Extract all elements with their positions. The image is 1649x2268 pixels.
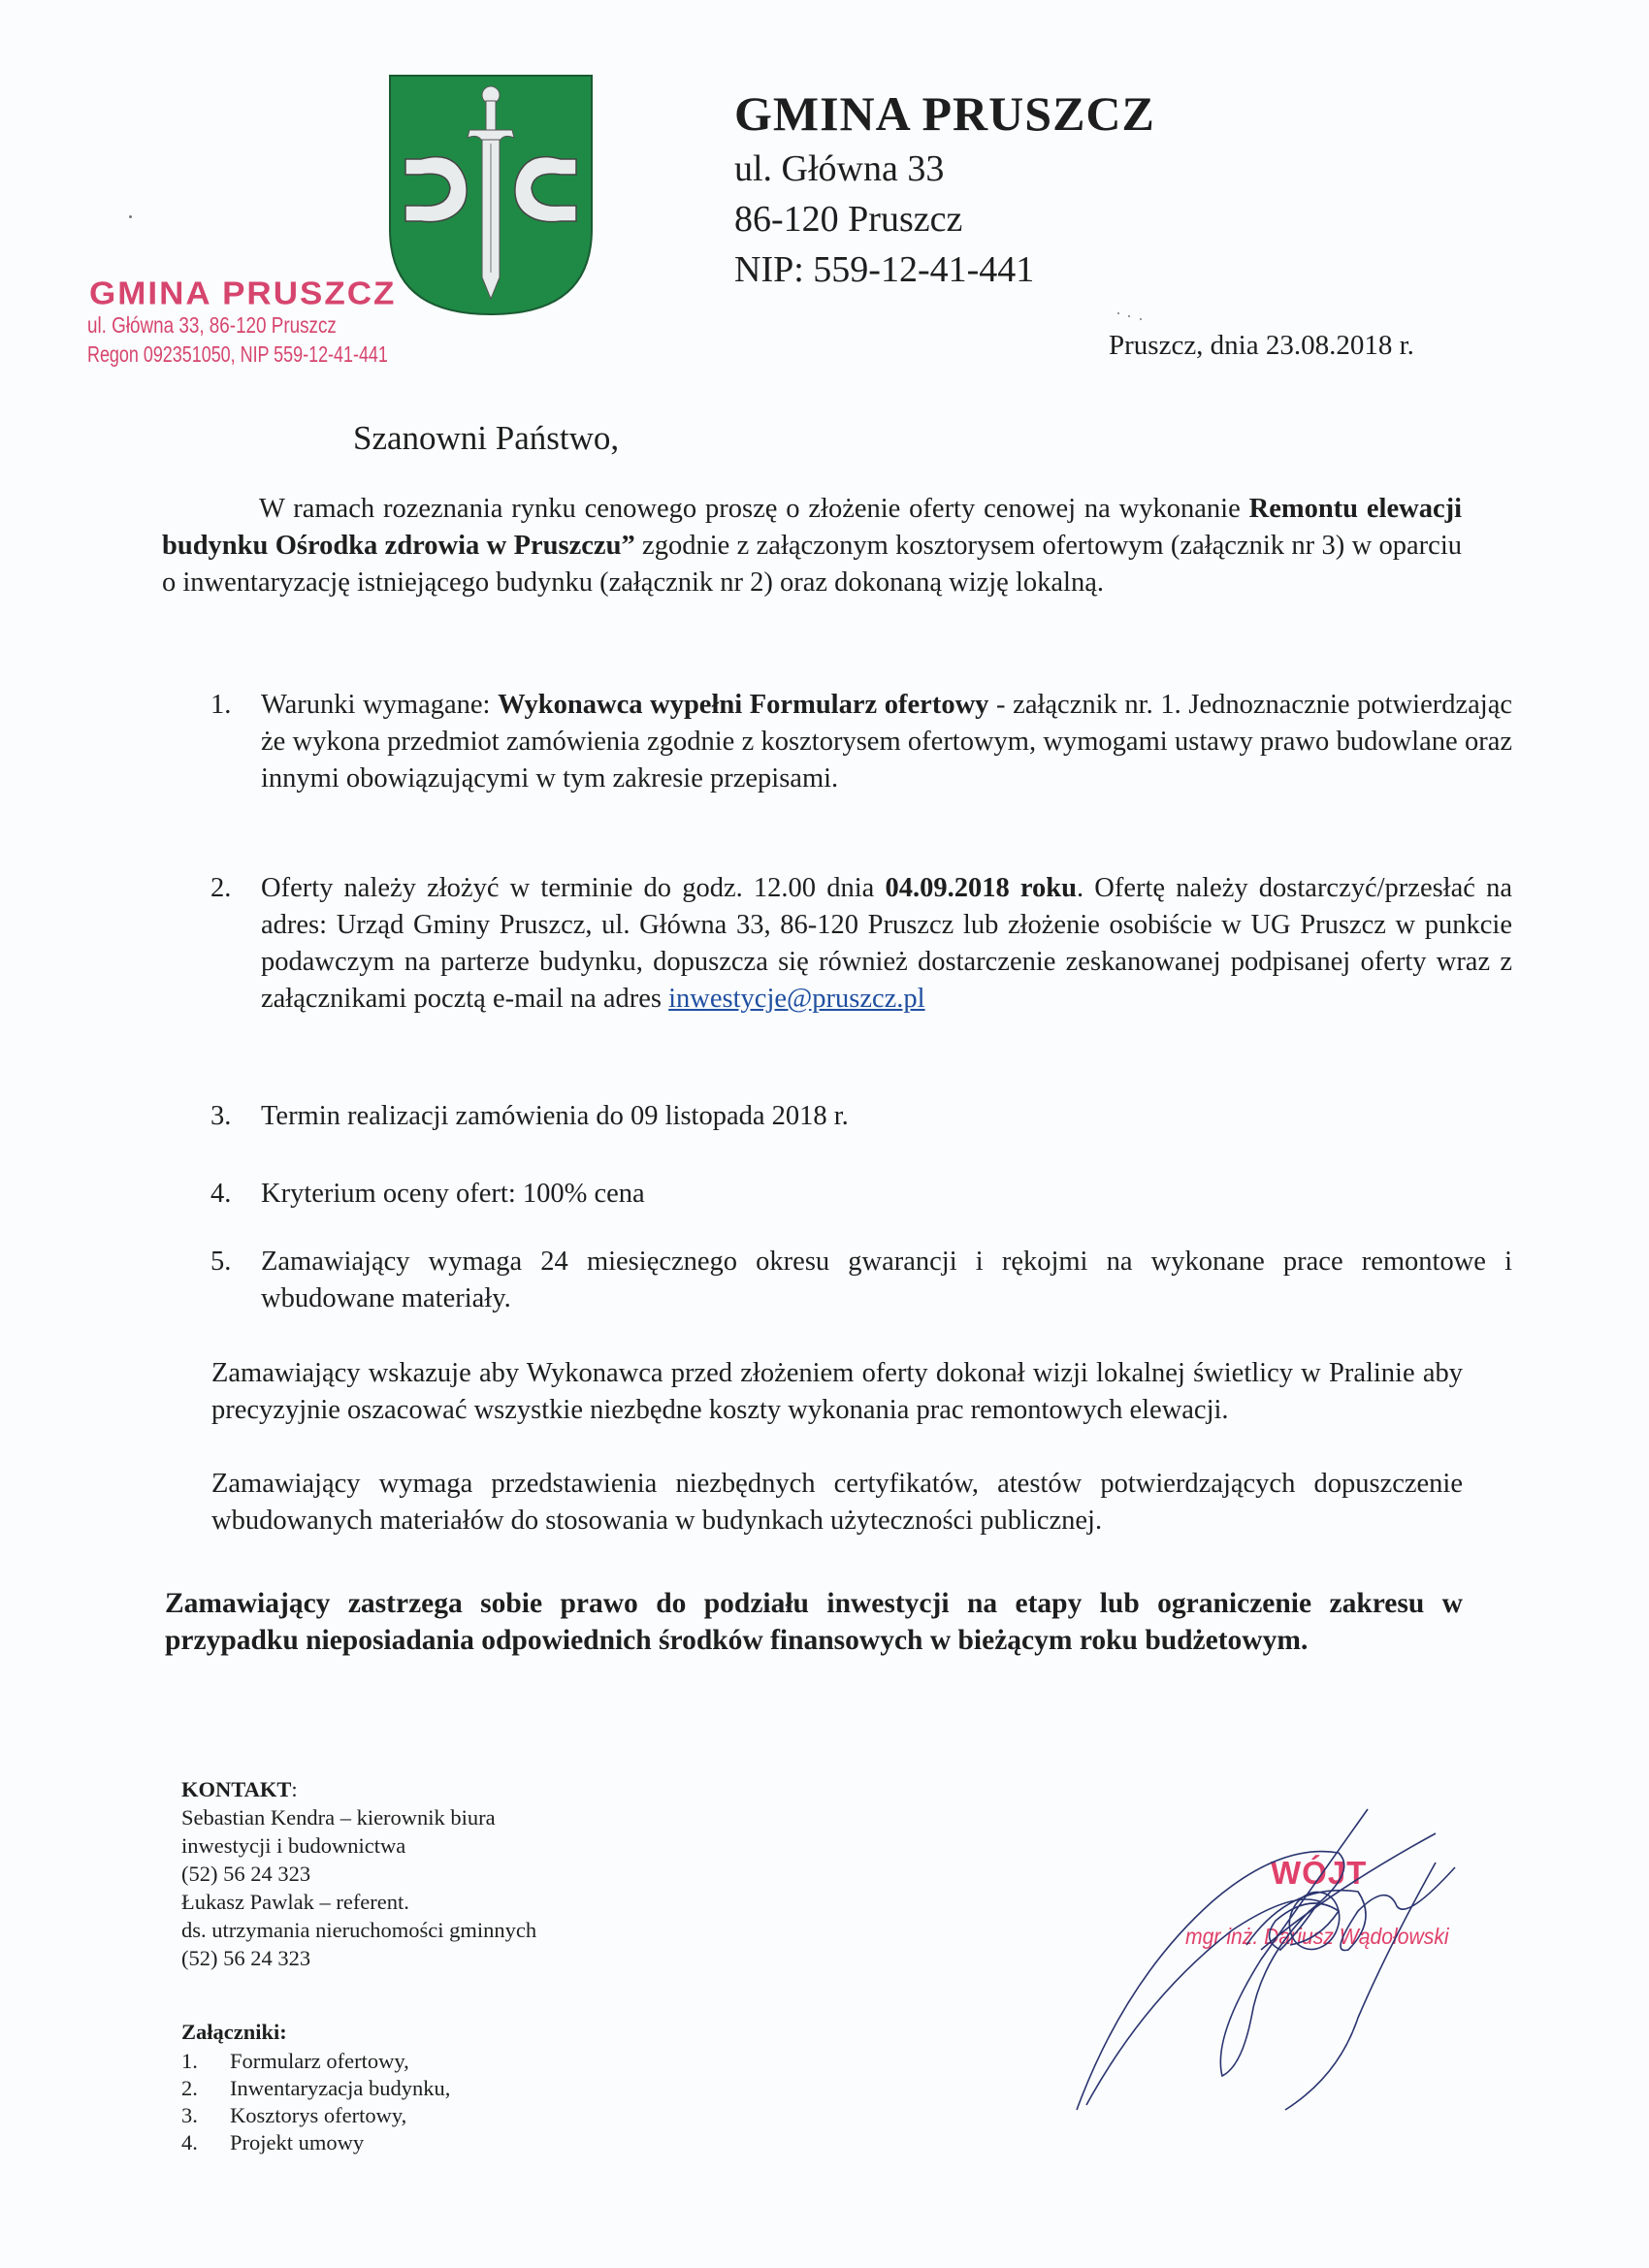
attachment-item: 2.Inwentaryzacja budynku,	[181, 2075, 450, 2102]
coat-of-arms-icon	[388, 74, 594, 316]
salutation: Szanowni Państwo,	[353, 419, 619, 458]
letterhead-city: 86-120 Pruszcz	[734, 198, 962, 241]
intro-quote: ”	[621, 531, 634, 561]
item-number: 5.	[210, 1244, 231, 1280]
item-body: Warunki wymagane: Wykonawca wypełni Form…	[261, 687, 1512, 797]
attachment-label: Formularz ofertowy,	[230, 2048, 409, 2075]
attachment-number: 4.	[181, 2129, 230, 2156]
contact-phone: (52) 56 24 323	[181, 1944, 536, 1972]
email-link[interactable]: inwestycje@pruszcz.pl	[668, 984, 924, 1014]
letterhead-title: GMINA PRUSZCZ	[734, 85, 1155, 142]
attachment-number: 3.	[181, 2102, 230, 2129]
contact-phone: (52) 56 24 323	[181, 1860, 536, 1888]
item-text: Oferty należy złożyć w terminie do godz.…	[261, 873, 885, 903]
item-body: Termin realizacji zamówienia do 09 listo…	[261, 1098, 1512, 1135]
attachment-label: Projekt umowy	[230, 2129, 364, 2156]
attachments-heading: Załączniki:	[181, 2020, 287, 2045]
intro-text: W ramach rozeznania rynku cenowego prosz…	[259, 494, 1249, 524]
item-body: Zamawiający wymaga 24 miesięcznego okres…	[261, 1244, 1512, 1317]
note-paragraph: Zamawiający wskazuje aby Wykonawca przed…	[211, 1355, 1463, 1429]
item-deadline: 04.09.2018 roku	[885, 873, 1077, 903]
contact-line: Sebastian Kendra – kierownik biura	[181, 1803, 536, 1831]
attachment-label: Kosztorys ofertowy,	[230, 2102, 406, 2129]
letterhead-street: ul. Główna 33	[734, 147, 944, 190]
item-bold: Wykonawca wypełni Formularz ofertowy	[498, 690, 988, 720]
contact-line: ds. utrzymania nieruchomości gminnych	[181, 1916, 536, 1944]
intro-paragraph: W ramach rozeznania rynku cenowego prosz…	[162, 491, 1462, 601]
contact-block: Sebastian Kendra – kierownik biura inwes…	[181, 1803, 536, 1972]
contact-line: inwestycji i budownictwa	[181, 1831, 536, 1860]
scan-speck	[1140, 318, 1142, 320]
attachment-number: 1.	[181, 2048, 230, 2075]
item-number: 4.	[210, 1176, 231, 1213]
item-body: Kryterium oceny ofert: 100% cena	[261, 1176, 1512, 1213]
reservation-paragraph: Zamawiający zastrzega sobie prawo do pod…	[165, 1585, 1463, 1659]
attachment-item: 4.Projekt umowy	[181, 2129, 450, 2156]
stamp-regon: Regon 092351050, NIP 559-12-41-441	[87, 341, 388, 368]
scan-speck	[1128, 315, 1130, 317]
item-body: Oferty należy złożyć w terminie do godz.…	[261, 870, 1512, 1018]
attachment-label: Inwentaryzacja budynku,	[230, 2075, 450, 2102]
contact-line: Łukasz Pawlak – referent.	[181, 1888, 536, 1916]
date-line: Pruszcz, dnia 23.08.2018 r.	[1109, 330, 1414, 362]
item-number: 3.	[210, 1098, 231, 1135]
scan-speck	[1117, 312, 1119, 314]
item-text: Warunki wymagane:	[261, 690, 498, 720]
contact-title: KONTAKT	[181, 1777, 291, 1801]
attachments-list: 1.Formularz ofertowy, 2.Inwentaryzacja b…	[181, 2048, 450, 2156]
attachment-item: 3.Kosztorys ofertowy,	[181, 2102, 450, 2129]
item-number: 2.	[210, 870, 231, 907]
letterhead-nip: NIP: 559-12-41-441	[734, 248, 1034, 291]
note-paragraph: Zamawiający wymaga przedstawienia niezbę…	[211, 1466, 1463, 1539]
scan-speck	[129, 215, 132, 218]
signature-icon	[1067, 1785, 1513, 2115]
attachment-number: 2.	[181, 2075, 230, 2102]
contact-colon: :	[291, 1777, 297, 1801]
contact-heading: KONTAKT:	[181, 1775, 298, 1803]
stamp-title: GMINA PRUSZCZ	[89, 275, 396, 312]
attachment-item: 1.Formularz ofertowy,	[181, 2048, 450, 2075]
stamp-address: ul. Główna 33, 86-120 Pruszcz	[87, 312, 337, 339]
item-number: 1.	[210, 687, 231, 724]
